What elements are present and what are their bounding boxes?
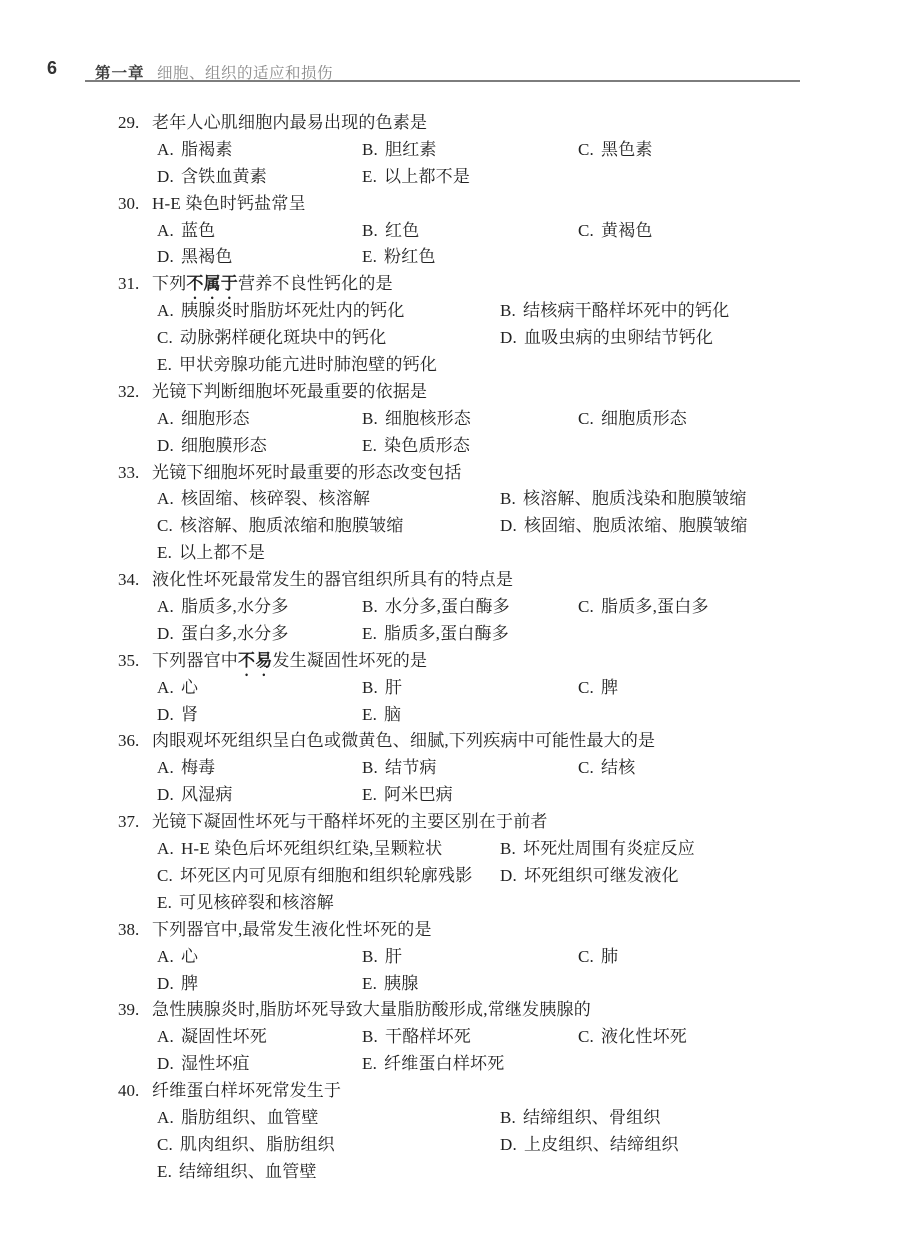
option: A.核固缩、核碎裂、核溶解	[157, 486, 370, 513]
option-text: 黑褐色	[181, 247, 233, 266]
question-row: 34.液化性坏死最常发生的器官组织所具有的特点是	[0, 567, 900, 594]
question-text: H-E 染色时钙盐常呈	[152, 191, 306, 218]
option-label: B.	[362, 409, 378, 428]
option-label: B.	[500, 301, 516, 320]
option: B.结节病	[362, 755, 437, 782]
option-label: E.	[362, 785, 377, 804]
option: A.脂褐素	[157, 137, 233, 164]
option-text: 可见核碎裂和核溶解	[179, 893, 334, 912]
option-label: B.	[362, 1027, 378, 1046]
question-number: 31.	[118, 271, 139, 298]
option: D.含铁血黄素	[157, 164, 267, 191]
question-text: 光镜下细胞坏死时最重要的形态改变包括	[152, 460, 462, 487]
option-label: C.	[578, 758, 594, 777]
question-row: 29.老年人心肌细胞内最易出现的色素是	[0, 110, 900, 137]
option-label: E.	[362, 1054, 377, 1073]
option-row: A.脂肪组织、血管壁B.结缔组织、骨组织	[0, 1105, 900, 1132]
question-row: 30.H-E 染色时钙盐常呈	[0, 191, 900, 218]
question-text: 肉眼观坏死组织呈白色或微黄色、细腻,下列疾病中可能性最大的是	[152, 728, 655, 755]
option-row: A.凝固性坏死B.干酪样坏死C.液化性坏死	[0, 1024, 900, 1051]
text-segment: 肉眼观坏死组织呈白色或微黄色、细腻,下列疾病中可能性最大的是	[152, 731, 655, 750]
question-text: 液化性坏死最常发生的器官组织所具有的特点是	[152, 567, 513, 594]
option-label: A.	[157, 839, 174, 858]
option-text: 粉红色	[384, 247, 436, 266]
question-number: 35.	[118, 648, 139, 675]
option: B.干酪样坏死	[362, 1024, 471, 1051]
option-text: 动脉粥样硬化斑块中的钙化	[180, 328, 386, 347]
option-text: 结缔组织、血管壁	[179, 1162, 317, 1181]
option-text: 血吸虫病的虫卵结节钙化	[524, 328, 713, 347]
text-segment: 急性胰腺炎时,脂肪坏死导致大量脂肪酸形成,常继发胰腺的	[152, 1000, 591, 1019]
option: B.红色	[362, 218, 419, 245]
option: C.核溶解、胞质浓缩和胞膜皱缩	[157, 513, 404, 540]
question-text: 光镜下判断细胞坏死最重要的依据是	[152, 379, 427, 406]
option-label: B.	[362, 947, 378, 966]
option-text: 脂质多,蛋白多	[601, 597, 709, 616]
option-row: E.以上都不是	[0, 540, 900, 567]
option: E.脑	[362, 702, 401, 729]
option: E.以上都不是	[157, 540, 265, 567]
option: D.风湿病	[157, 782, 233, 809]
option: C.动脉粥样硬化斑块中的钙化	[157, 325, 386, 352]
option-text: 脑	[384, 705, 401, 724]
option-row: D.蛋白多,水分多E.脂质多,蛋白酶多	[0, 621, 900, 648]
option-text: 甲状旁腺功能亢进时肺泡壁的钙化	[179, 355, 437, 374]
option-label: E.	[157, 543, 172, 562]
option-text: 结缔组织、骨组织	[523, 1108, 661, 1127]
option-label: D.	[500, 866, 517, 885]
question-row: 38.下列器官中,最常发生液化性坏死的是	[0, 917, 900, 944]
option-text: 肝	[385, 678, 402, 697]
text-segment: 下列	[152, 274, 186, 293]
question-number: 33.	[118, 460, 139, 487]
option-text: 黑色素	[601, 140, 653, 159]
option-label: C.	[578, 597, 594, 616]
option-label: E.	[362, 436, 377, 455]
option: A.胰腺炎时脂肪坏死灶内的钙化	[157, 298, 405, 325]
question-number: 40.	[118, 1078, 139, 1105]
option-text: 干酪样坏死	[385, 1027, 471, 1046]
text-segment: 下列器官中	[152, 651, 238, 670]
option-label: A.	[157, 301, 174, 320]
option-text: 上皮组织、结缔组织	[524, 1135, 679, 1154]
question-number: 32.	[118, 379, 139, 406]
option-row: A.核固缩、核碎裂、核溶解B.核溶解、胞质浅染和胞膜皱缩	[0, 486, 900, 513]
option-label: C.	[578, 947, 594, 966]
option: C.肌肉组织、脂肪组织	[157, 1132, 335, 1159]
option-text: 结节病	[385, 758, 437, 777]
option: B.结核病干酪样坏死中的钙化	[500, 298, 729, 325]
option-label: B.	[362, 597, 378, 616]
option-row: C.核溶解、胞质浓缩和胞膜皱缩D.核固缩、胞质浓缩、胞膜皱缩	[0, 513, 900, 540]
option-label: E.	[362, 624, 377, 643]
option-text: 核固缩、核碎裂、核溶解	[181, 489, 370, 508]
option: B.肝	[362, 675, 402, 702]
option-label: A.	[157, 221, 174, 240]
option: C.细胞质形态	[578, 406, 687, 433]
option: D.细胞膜形态	[157, 433, 267, 460]
option: C.坏死区内可见原有细胞和组织轮廓残影	[157, 863, 472, 890]
option-label: C.	[157, 866, 173, 885]
option: C.脂质多,蛋白多	[578, 594, 709, 621]
option-text: 以上都不是	[384, 167, 470, 186]
option-label: E.	[157, 355, 172, 374]
option-row: E.可见核碎裂和核溶解	[0, 890, 900, 917]
option-text: 阿米巴病	[384, 785, 453, 804]
question-text: 急性胰腺炎时,脂肪坏死导致大量脂肪酸形成,常继发胰腺的	[152, 997, 591, 1024]
option: D.肾	[157, 702, 198, 729]
option-row: A.脂褐素B.胆红素C.黑色素	[0, 137, 900, 164]
option: A.细胞形态	[157, 406, 250, 433]
option-label: E.	[362, 705, 377, 724]
option-text: 细胞核形态	[385, 409, 471, 428]
option: C.液化性坏死	[578, 1024, 687, 1051]
option: B.坏死灶周围有炎症反应	[500, 836, 695, 863]
option: D.血吸虫病的虫卵结节钙化	[500, 325, 713, 352]
question-row: 39.急性胰腺炎时,脂肪坏死导致大量脂肪酸形成,常继发胰腺的	[0, 997, 900, 1024]
option-text: 心	[181, 678, 198, 697]
option-label: D.	[157, 247, 174, 266]
option-text: 核溶解、胞质浓缩和胞膜皱缩	[180, 516, 404, 535]
option-text: 结核病干酪样坏死中的钙化	[523, 301, 729, 320]
option-text: 蓝色	[181, 221, 215, 240]
option-label: D.	[157, 785, 174, 804]
question-text: 老年人心肌细胞内最易出现的色素是	[152, 110, 427, 137]
option: D.湿性坏疽	[157, 1051, 250, 1078]
option-text: 肌肉组织、脂肪组织	[180, 1135, 335, 1154]
option-text: 脂褐素	[181, 140, 233, 159]
questions: 29.老年人心肌细胞内最易出现的色素是A.脂褐素B.胆红素C.黑色素D.含铁血黄…	[0, 110, 900, 1186]
option-label: A.	[157, 1108, 174, 1127]
option-text: 脾	[601, 678, 618, 697]
option-label: A.	[157, 489, 174, 508]
option: A.蓝色	[157, 218, 215, 245]
option-label: D.	[157, 167, 174, 186]
option: B.水分多,蛋白酶多	[362, 594, 510, 621]
option-text: H-E 染色后坏死组织红染,呈颗粒状	[181, 839, 442, 858]
text-segment: H-E 染色时钙盐常呈	[152, 194, 306, 213]
option: A.脂质多,水分多	[157, 594, 289, 621]
option-label: E.	[157, 1162, 172, 1181]
question-text: 光镜下凝固性坏死与干酪样坏死的主要区别在于前者	[152, 809, 548, 836]
option-row: A.心B.肝C.肺	[0, 944, 900, 971]
option-text: 蛋白多,水分多	[181, 624, 289, 643]
option: E.纤维蛋白样坏死	[362, 1051, 504, 1078]
option-text: 以上都不是	[179, 543, 265, 562]
option: C.脾	[578, 675, 618, 702]
option: E.阿米巴病	[362, 782, 453, 809]
option: C.黑色素	[578, 137, 653, 164]
emphasized-text: 不易	[238, 651, 272, 670]
option-text: 红色	[385, 221, 419, 240]
option-row: D.脾E.胰腺	[0, 971, 900, 998]
option-label: C.	[157, 1135, 173, 1154]
option-text: 细胞膜形态	[181, 436, 267, 455]
option-text: 肾	[181, 705, 198, 724]
option-text: 肺	[601, 947, 618, 966]
text-segment: 光镜下凝固性坏死与干酪样坏死的主要区别在于前者	[152, 812, 548, 831]
option-label: C.	[578, 678, 594, 697]
question-text: 下列器官中,最常发生液化性坏死的是	[152, 917, 432, 944]
option-label: C.	[578, 1027, 594, 1046]
option-text: 脂质多,蛋白酶多	[384, 624, 509, 643]
option: B.核溶解、胞质浅染和胞膜皱缩	[500, 486, 747, 513]
option-label: D.	[500, 328, 517, 347]
question-number: 34.	[118, 567, 139, 594]
option: B.肝	[362, 944, 402, 971]
question-number: 29.	[118, 110, 139, 137]
option: D.脾	[157, 971, 198, 998]
question-row: 37.光镜下凝固性坏死与干酪样坏死的主要区别在于前者	[0, 809, 900, 836]
text-segment: 光镜下判断细胞坏死最重要的依据是	[152, 382, 427, 401]
option: E.粉红色	[362, 244, 436, 271]
text-segment: 纤维蛋白样坏死常发生于	[152, 1081, 341, 1100]
option-text: 染色质形态	[384, 436, 470, 455]
option-text: 坏死灶周围有炎症反应	[523, 839, 695, 858]
option-label: D.	[157, 624, 174, 643]
page-header: 6 第一章 细胞、组织的适应和损伤	[0, 0, 900, 90]
option: A.H-E 染色后坏死组织红染,呈颗粒状	[157, 836, 442, 863]
option: E.染色质形态	[362, 433, 470, 460]
option-label: D.	[157, 705, 174, 724]
option-text: 脂质多,水分多	[181, 597, 289, 616]
option: B.胆红素	[362, 137, 437, 164]
option: D.黑褐色	[157, 244, 233, 271]
option: A.凝固性坏死	[157, 1024, 267, 1051]
question-text: 纤维蛋白样坏死常发生于	[152, 1078, 341, 1105]
option-text: 黄褐色	[601, 221, 653, 240]
option-text: 胆红素	[385, 140, 437, 159]
option-label: A.	[157, 140, 174, 159]
option: D.坏死组织可继发液化	[500, 863, 679, 890]
text-segment: 液化性坏死最常发生的器官组织所具有的特点是	[152, 570, 513, 589]
option-row: C.肌肉组织、脂肪组织D.上皮组织、结缔组织	[0, 1132, 900, 1159]
option-text: 风湿病	[181, 785, 233, 804]
option: E.可见核碎裂和核溶解	[157, 890, 334, 917]
option-text: 纤维蛋白样坏死	[384, 1054, 504, 1073]
option-text: 坏死组织可继发液化	[524, 866, 679, 885]
emphasized-text: 不属于	[186, 274, 238, 293]
question-number: 38.	[118, 917, 139, 944]
option-label: A.	[157, 409, 174, 428]
option-text: 核固缩、胞质浓缩、胞膜皱缩	[524, 516, 748, 535]
question-row: 32.光镜下判断细胞坏死最重要的依据是	[0, 379, 900, 406]
option-row: D.含铁血黄素E.以上都不是	[0, 164, 900, 191]
option-label: A.	[157, 597, 174, 616]
option-label: A.	[157, 1027, 174, 1046]
option-text: 胰腺	[384, 974, 418, 993]
option-label: B.	[362, 758, 378, 777]
option-label: B.	[500, 1108, 516, 1127]
question-row: 31.下列不属于营养不良性钙化的是	[0, 271, 900, 298]
option-row: A.脂质多,水分多B.水分多,蛋白酶多C.脂质多,蛋白多	[0, 594, 900, 621]
option: D.蛋白多,水分多	[157, 621, 289, 648]
option: D.上皮组织、结缔组织	[500, 1132, 679, 1159]
option-label: B.	[362, 221, 378, 240]
option-label: B.	[500, 489, 516, 508]
option-label: B.	[500, 839, 516, 858]
question-number: 30.	[118, 191, 139, 218]
option-text: 肝	[385, 947, 402, 966]
option-label: C.	[578, 221, 594, 240]
option-label: E.	[362, 974, 377, 993]
option-row: A.细胞形态B.细胞核形态C.细胞质形态	[0, 406, 900, 433]
option-row: D.湿性坏疽E.纤维蛋白样坏死	[0, 1051, 900, 1078]
option-label: D.	[157, 436, 174, 455]
option: E.结缔组织、血管壁	[157, 1159, 317, 1186]
option-row: E.结缔组织、血管壁	[0, 1159, 900, 1186]
option: C.黄褐色	[578, 218, 653, 245]
option-text: 液化性坏死	[601, 1027, 687, 1046]
option-label: A.	[157, 678, 174, 697]
option-label: C.	[578, 140, 594, 159]
option-label: C.	[157, 328, 173, 347]
option-label: D.	[157, 974, 174, 993]
option-row: D.肾E.脑	[0, 702, 900, 729]
question-row: 35.下列器官中不易发生凝固性坏死的是	[0, 648, 900, 675]
option-row: C.动脉粥样硬化斑块中的钙化D.血吸虫病的虫卵结节钙化	[0, 325, 900, 352]
option-text: 核溶解、胞质浅染和胞膜皱缩	[523, 489, 747, 508]
text-segment: 光镜下细胞坏死时最重要的形态改变包括	[152, 463, 462, 482]
question-row: 40.纤维蛋白样坏死常发生于	[0, 1078, 900, 1105]
option-row: C.坏死区内可见原有细胞和组织轮廓残影D.坏死组织可继发液化	[0, 863, 900, 890]
option-text: 脾	[181, 974, 198, 993]
question-number: 39.	[118, 997, 139, 1024]
option-label: C.	[157, 516, 173, 535]
option-text: 细胞质形态	[601, 409, 687, 428]
option: B.细胞核形态	[362, 406, 471, 433]
option-text: 细胞形态	[181, 409, 250, 428]
text-segment: 下列器官中,最常发生液化性坏死的是	[152, 920, 432, 939]
option-label: D.	[157, 1054, 174, 1073]
option-row: D.风湿病E.阿米巴病	[0, 782, 900, 809]
option-row: A.梅毒B.结节病C.结核	[0, 755, 900, 782]
option: A.梅毒	[157, 755, 215, 782]
option: E.脂质多,蛋白酶多	[362, 621, 509, 648]
question-row: 33.光镜下细胞坏死时最重要的形态改变包括	[0, 460, 900, 487]
option-text: 结核	[601, 758, 635, 777]
option-text: 含铁血黄素	[181, 167, 267, 186]
header-divider	[85, 80, 800, 82]
option-label: A.	[157, 947, 174, 966]
option: B.结缔组织、骨组织	[500, 1105, 661, 1132]
option: A.心	[157, 944, 198, 971]
option: A.脂肪组织、血管壁	[157, 1105, 319, 1132]
option-row: D.细胞膜形态E.染色质形态	[0, 433, 900, 460]
option: E.甲状旁腺功能亢进时肺泡壁的钙化	[157, 352, 437, 379]
option: E.胰腺	[362, 971, 418, 998]
option-row: A.蓝色B.红色C.黄褐色	[0, 218, 900, 245]
option-label: C.	[578, 409, 594, 428]
option-text: 胰腺炎时脂肪坏死灶内的钙化	[181, 301, 405, 320]
option-row: A.H-E 染色后坏死组织红染,呈颗粒状B.坏死灶周围有炎症反应	[0, 836, 900, 863]
option-label: B.	[362, 140, 378, 159]
option-label: E.	[362, 167, 377, 186]
option-label: E.	[157, 893, 172, 912]
option: A.心	[157, 675, 198, 702]
option-label: D.	[500, 1135, 517, 1154]
option-label: E.	[362, 247, 377, 266]
option-text: 凝固性坏死	[181, 1027, 267, 1046]
option-label: D.	[500, 516, 517, 535]
option: D.核固缩、胞质浓缩、胞膜皱缩	[500, 513, 748, 540]
option-label: A.	[157, 758, 174, 777]
question-row: 36.肉眼观坏死组织呈白色或微黄色、细腻,下列疾病中可能性最大的是	[0, 728, 900, 755]
option-text: 梅毒	[181, 758, 215, 777]
page-number: 6	[47, 58, 57, 79]
option-text: 坏死区内可见原有细胞和组织轮廓残影	[180, 866, 472, 885]
option-row: A.胰腺炎时脂肪坏死灶内的钙化B.结核病干酪样坏死中的钙化	[0, 298, 900, 325]
option-text: 水分多,蛋白酶多	[385, 597, 510, 616]
text-segment: 营养不良性钙化的是	[238, 274, 393, 293]
text-segment: 发生凝固性坏死的是	[272, 651, 427, 670]
option: E.以上都不是	[362, 164, 470, 191]
option-row: A.心B.肝C.脾	[0, 675, 900, 702]
option: C.结核	[578, 755, 635, 782]
option-label: B.	[362, 678, 378, 697]
option-text: 湿性坏疽	[181, 1054, 250, 1073]
text-segment: 老年人心肌细胞内最易出现的色素是	[152, 113, 427, 132]
question-number: 37.	[118, 809, 139, 836]
question-number: 36.	[118, 728, 139, 755]
option-text: 心	[181, 947, 198, 966]
option-row: E.甲状旁腺功能亢进时肺泡壁的钙化	[0, 352, 900, 379]
option-text: 脂肪组织、血管壁	[181, 1108, 319, 1127]
option: C.肺	[578, 944, 618, 971]
option-row: D.黑褐色E.粉红色	[0, 244, 900, 271]
